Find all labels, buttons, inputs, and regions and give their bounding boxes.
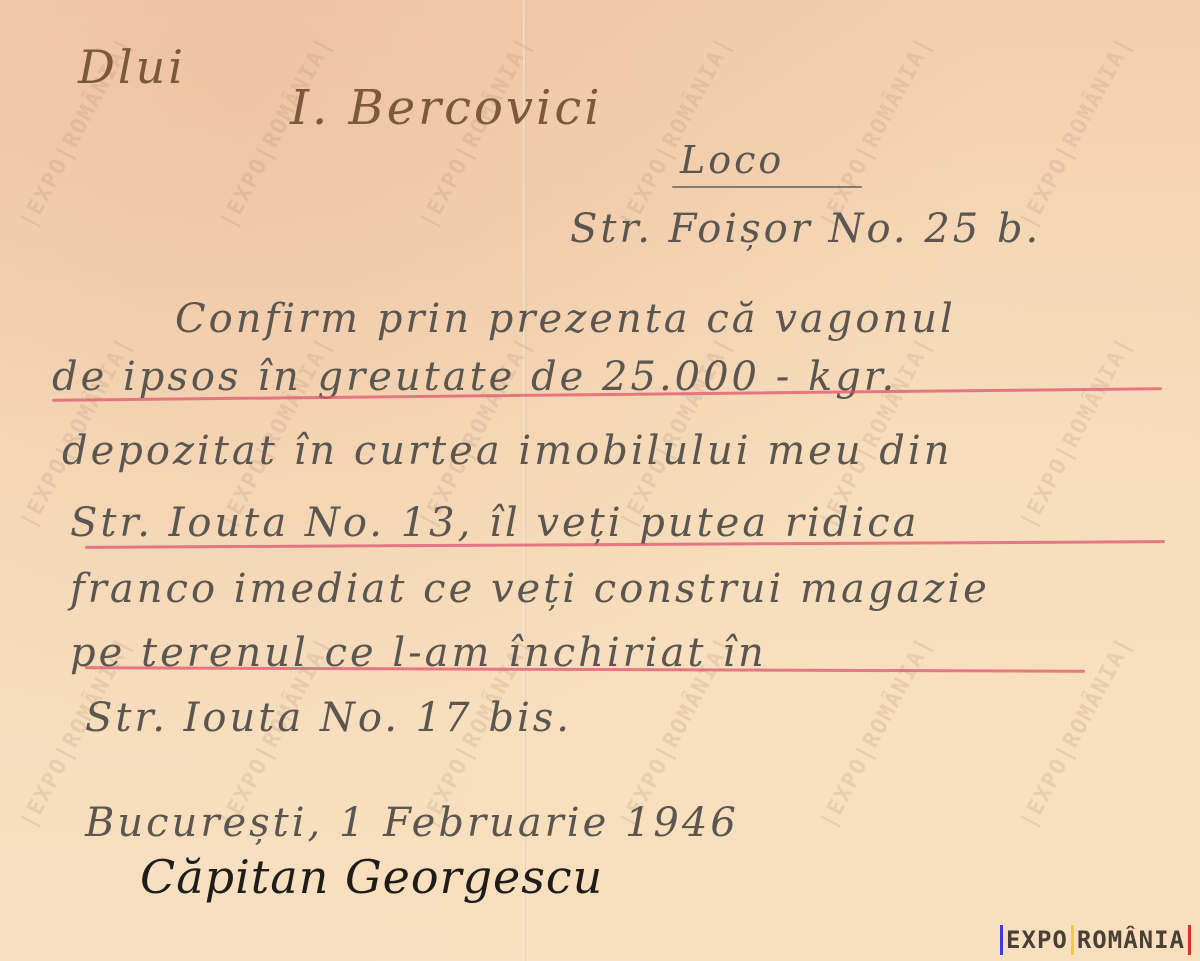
city-line: Loco [680, 138, 784, 182]
logo-text-expo: EXPO [1006, 926, 1068, 954]
recipient-name: I. Bercovici [290, 80, 603, 136]
blue-bar [1000, 925, 1003, 955]
date-line: București, 1 Februarie 1946 [85, 800, 739, 846]
body-line-7: Str. Iouta No. 17 bis. [85, 695, 572, 741]
red-bar [1188, 925, 1191, 955]
body-line-3: depozitat în curtea imobilului meu din [62, 428, 952, 474]
body-line-4: Str. Iouta No. 13, îl veți putea ridica [70, 500, 919, 546]
body-line-1: Confirm prin prezenta că vagonul [175, 296, 956, 342]
city-underline [672, 186, 862, 188]
recipient-address: Str. Foișor No. 25 b. [570, 206, 1041, 252]
body-line-5: franco imediat ce veți construi magazie [70, 566, 990, 612]
signature: Căpitan Georgescu [140, 850, 603, 904]
expo-romania-logo: EXPO ROMÂNIA [997, 925, 1194, 955]
logo-text-romania: ROMÂNIA [1077, 926, 1185, 954]
salutation: Dlui [78, 40, 186, 94]
yellow-bar [1071, 925, 1074, 955]
